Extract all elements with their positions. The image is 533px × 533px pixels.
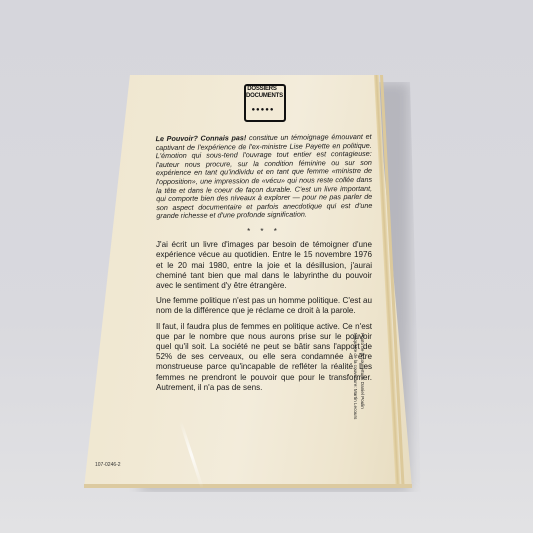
logo-text-dossiers: DOSSIERS — [246, 86, 278, 93]
logo-text-documents: DOCUMENTS — [246, 93, 278, 100]
intro-text: constitue un témoignage émouvant et capt… — [156, 132, 373, 221]
cover-text: DOSSIERS DOCUMENTS ●●●●● Le Pouvoir? Con… — [156, 78, 372, 398]
author-paragraph: Il faut, il faudra plus de femmes en pol… — [156, 322, 372, 393]
photo-credit: Photo de la couverture: Daniel Poulin — [359, 333, 366, 443]
logo-dots-icon: ●●●●● — [247, 107, 279, 113]
author-paragraph: J'ai écrit un livre d'images par besoin … — [156, 240, 372, 291]
section-separator: * * * — [156, 227, 372, 236]
intro-blurb: Le Pouvoir? Connais pas! constitue un té… — [156, 133, 373, 221]
bottom-page-edge — [84, 484, 412, 488]
cover-credits: Photo de la couverture: Daniel Poulin Ma… — [342, 333, 366, 443]
design-credit: Maquette de la couverture: Martin Lecour… — [352, 333, 359, 443]
author-paragraph: Une femme politique n'est pas un homme p… — [156, 296, 372, 316]
catalog-code: 107-0246-2 — [95, 462, 121, 468]
publisher-logo: DOSSIERS DOCUMENTS ●●●●● — [242, 82, 286, 122]
